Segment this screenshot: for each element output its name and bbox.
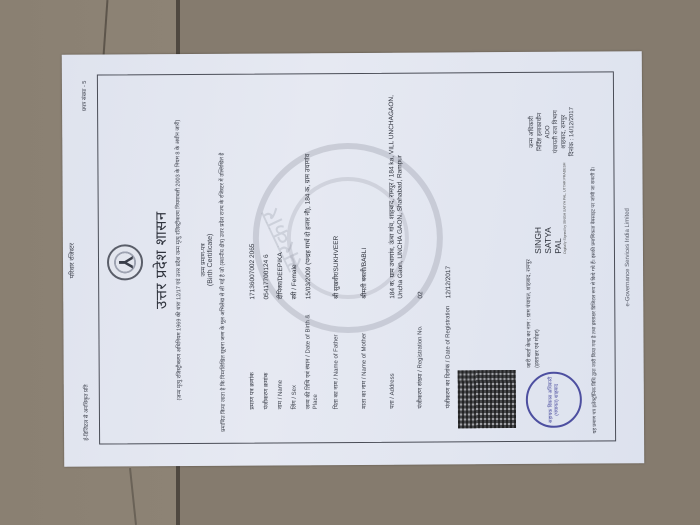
digital-signature: SINGH SATYA PAL Digitally Signed by SING…	[532, 163, 567, 254]
qr-code-icon	[458, 370, 516, 428]
field-father-name: पिता का नाम / Name of Father श्री सुखवीर…	[332, 89, 362, 409]
form-number: प्रपत्र संख्या - 5	[80, 81, 88, 111]
certificate-paper: परिवार रजिस्टर ई-डिजिटल से अनधिकृत प्रति…	[62, 51, 645, 467]
registrar-block: जन्म अधिकारी निर्दिष्ट इलाकाधीन ADO पंचा…	[528, 92, 576, 172]
official-stamp-icon: सहायक विकास अधिकारी (पंचायत) शाहबाद	[526, 372, 582, 428]
field-registration-no: पंजीकरण संख्या / Registration No. 02	[416, 88, 446, 408]
signer-line-1: SINGH	[532, 163, 543, 254]
up-government-emblem-icon	[107, 244, 143, 280]
issue-date: दिनांक : 14/12/2017	[568, 92, 576, 172]
field-date-of-birth: जन्म की तिथि एवं स्थान / Date of Birth &…	[304, 89, 334, 409]
signer-line-2: SATYA	[542, 163, 553, 254]
certificate-title: उत्तर प्रदेश शासन	[150, 54, 173, 466]
field-date-of-registration: पंजीकरण का दिनांक / Date of Registration…	[444, 88, 474, 408]
field-address: पता / Address 184 क, ग्राम उचागांव, ऊंचा…	[388, 89, 418, 409]
digital-signature-note: Digitally Signed by SINGH SATYA PAL, UTT…	[562, 163, 567, 254]
top-header: परिवार रजिस्टर	[66, 55, 78, 467]
issuing-office-signature: (हस्ताक्षर एवं मोहर)	[533, 238, 542, 368]
certificate-fields: प्रमाण पत्र क्रमांक 17136007002 2065 पंज…	[248, 88, 474, 409]
service-provider: e-Governance Services India Limited	[624, 51, 633, 463]
signer-line-3: PAL	[552, 163, 563, 254]
birth-certificate: परिवार रजिस्टर ई-डिजिटल से अनधिकृत प्रति…	[62, 51, 645, 467]
field-mother-name: माता का नाम / Name of Mother श्रीमती बबल…	[360, 89, 390, 409]
top-left-note: ई-डिजिटल से अनधिकृत प्रति	[82, 384, 90, 440]
issuing-office: जारी कर्ता केन्द्र का नाम : ग्राम पंचायत…	[525, 238, 542, 368]
